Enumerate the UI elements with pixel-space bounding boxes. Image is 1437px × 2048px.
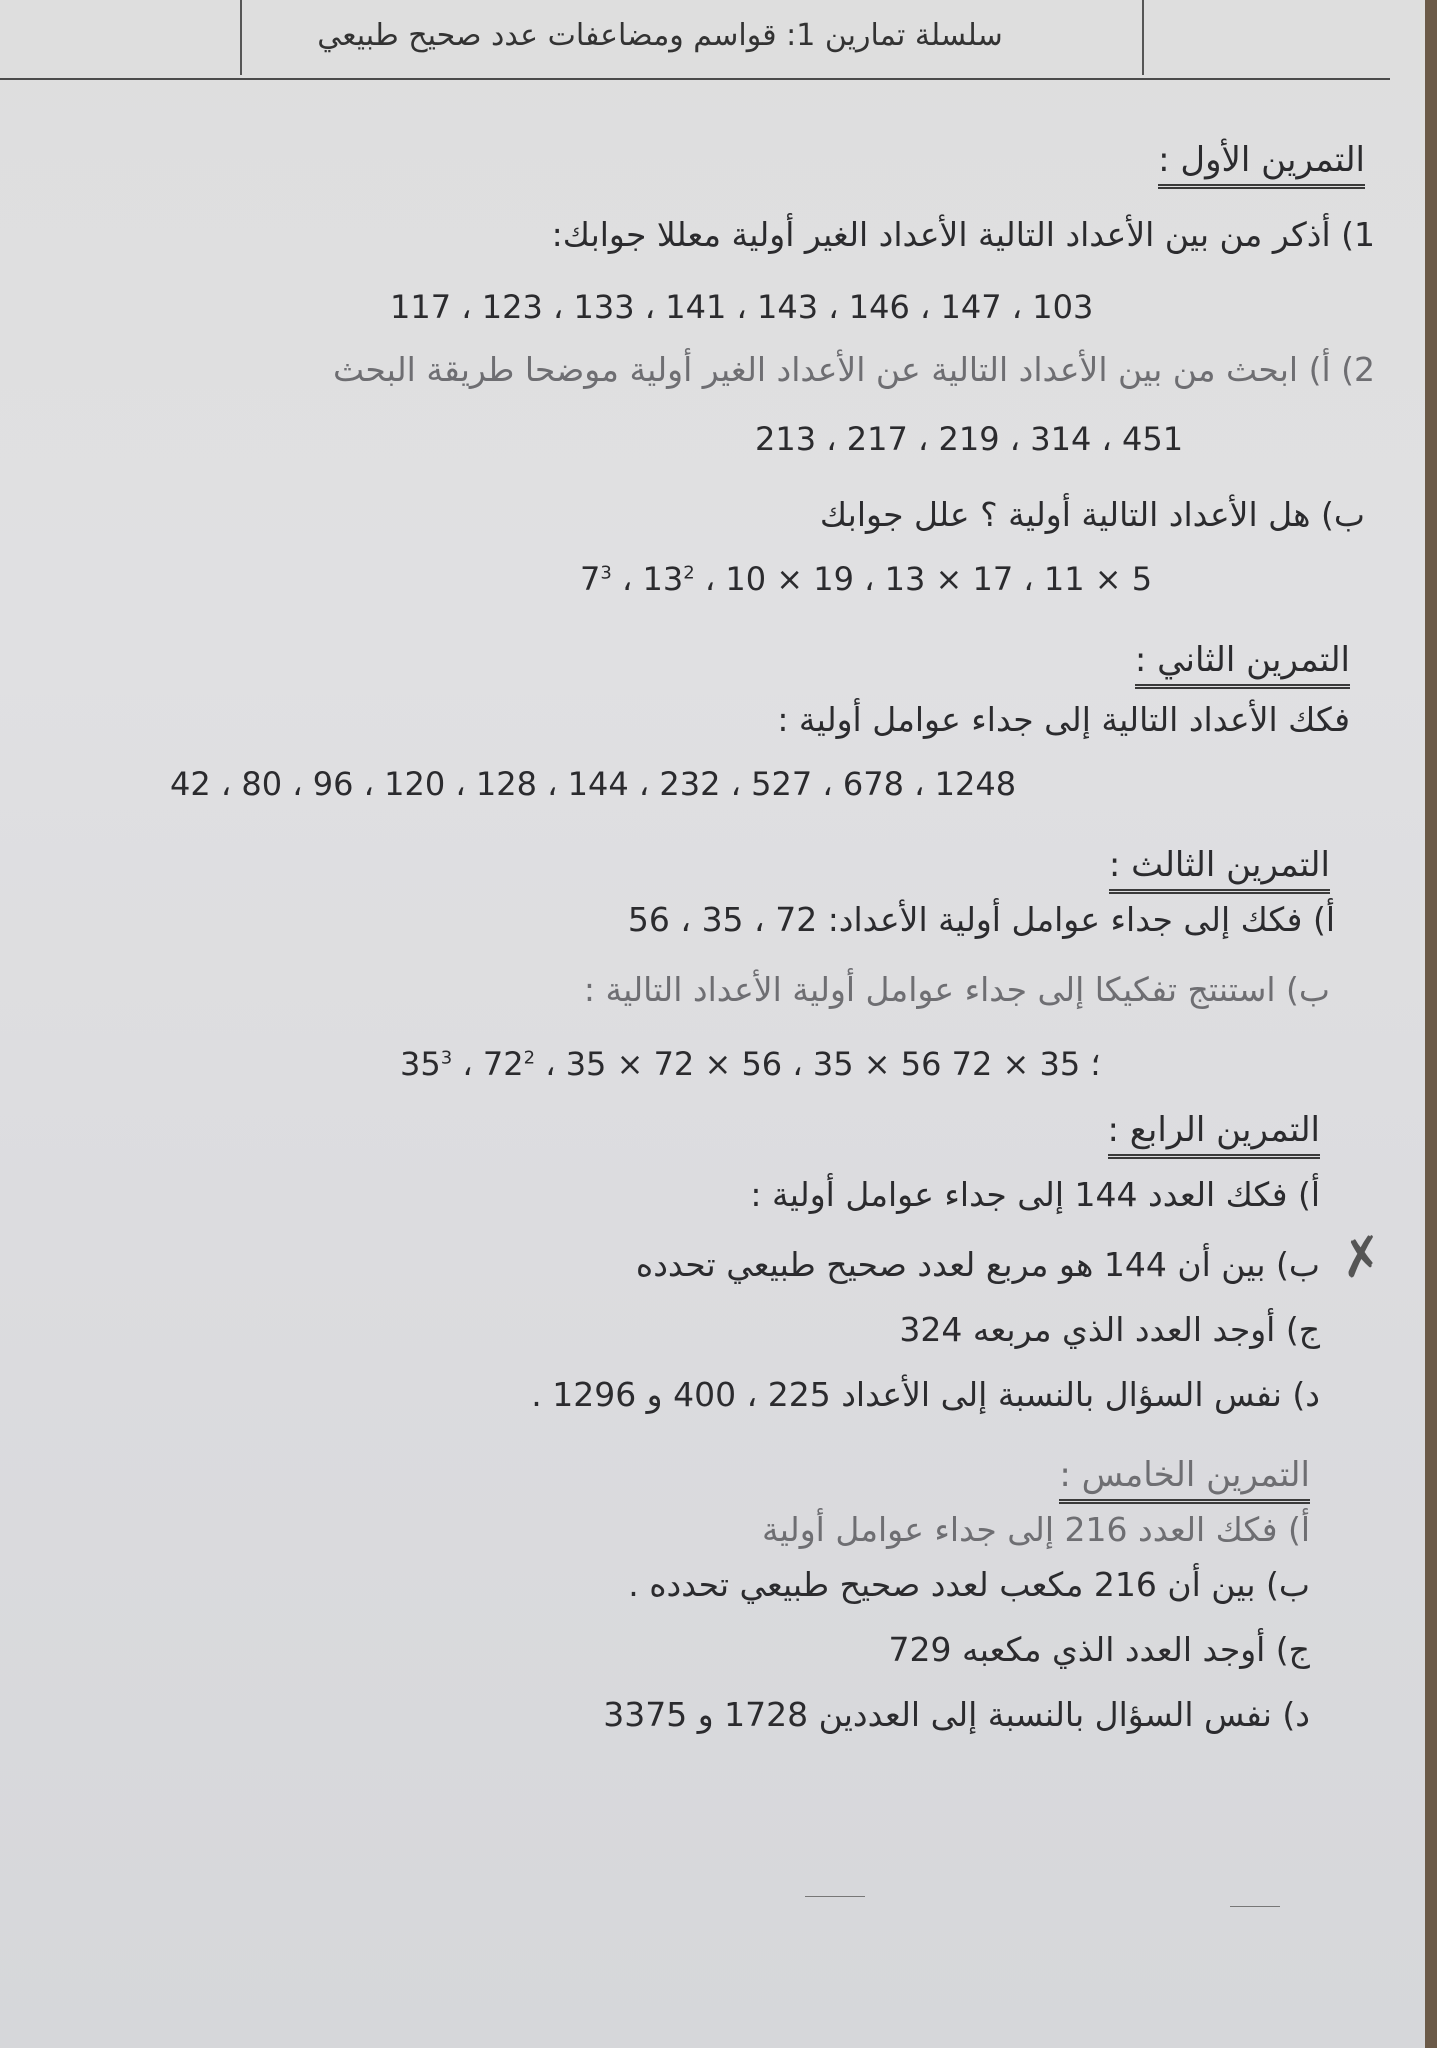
header-divider (0, 78, 1390, 80)
exercise-1-item-2-numbers: 213 ، 217 ، 219 ، 314 ، 451 (755, 420, 1183, 458)
worksheet-page: سلسلة تمارين 1: قواسم ومضاعفات عدد صحيح … (0, 0, 1425, 2048)
exercise-4-item-3-text: ج) أوجد العدد الذي مربعه 324 (899, 1310, 1320, 1349)
exercise-1-item-2-text: 2) أ) ابحث من بين الأعداد التالية عن الأ… (333, 350, 1375, 389)
stray-pencil-mark (805, 1896, 865, 1897)
exercise-3-heading: التمرين الثالث : (1109, 845, 1330, 894)
exercise-1-item-1-numbers: 117 ، 123 ، 133 ، 141 ، 143 ، 146 ، 147 … (390, 288, 1093, 326)
exercise-2-item-1-numbers: 42 ، 80 ، 96 ، 120 ، 128 ، 144 ، 232 ، 5… (170, 765, 1016, 803)
exercise-5-item-3-text: ج) أوجد العدد الذي مكعبه 729 (889, 1630, 1310, 1669)
exercise-5-item-2-text: ب) بين أن 216 مكعب لعدد صحيح طبيعي تحدده… (628, 1565, 1310, 1604)
exercise-2-heading: التمرين الثاني : (1135, 640, 1350, 689)
exercise-5-heading: التمرين الخامس : (1059, 1455, 1310, 1504)
worksheet-title: سلسلة تمارين 1: قواسم ومضاعفات عدد صحيح … (280, 18, 1040, 53)
exercise-1-item-3-numbers: 73 ، 132 ، 10 × 19 ، 13 × 17 ، 11 × 5 (580, 560, 1152, 598)
exercise-5-item-4-text: د) نفس السؤال بالنسبة إلى العددين 1728 و… (603, 1695, 1310, 1734)
exercise-2-item-1-text: فكك الأعداد التالية إلى جداء عوامل أولية… (777, 700, 1350, 739)
margin-cross-mark: ✗ (1335, 1225, 1388, 1292)
exercise-1-item-3-text: ب) هل الأعداد التالية أولية ؟ علل جوابك (820, 495, 1365, 534)
exercise-4-item-2-text: ب) بين أن 144 هو مربع لعدد صحيح طبيعي تح… (636, 1245, 1320, 1284)
exercise-4-item-1-text: أ) فكك العدد 144 إلى جداء عوامل أولية : (750, 1175, 1320, 1214)
exercise-3-item-2-numbers: 353 ، 722 ، 35 × 72 × 56 ، 35 × 56 ؛ 35 … (400, 1045, 1101, 1083)
exercise-3-item-2-text: ب) استنتج تفكيكا إلى جداء عوامل أولية ال… (584, 970, 1330, 1009)
exercise-5-item-1-text: أ) فكك العدد 216 إلى جداء عوامل أولية (762, 1510, 1310, 1549)
exercise-1-item-1-text: 1) أذكر من بين الأعداد التالية الأعداد ا… (552, 215, 1375, 254)
exercise-3-item-1-text: أ) فكك إلى جداء عوامل أولية الأعداد: 72 … (628, 900, 1335, 939)
exercise-4-item-4-text: د) نفس السؤال بالنسبة إلى الأعداد 225 ، … (531, 1375, 1320, 1414)
exercise-4-heading: التمرين الرابع : (1108, 1110, 1320, 1159)
stray-pencil-mark (1230, 1906, 1280, 1907)
exercise-1-heading: التمرين الأول : (1158, 140, 1365, 189)
